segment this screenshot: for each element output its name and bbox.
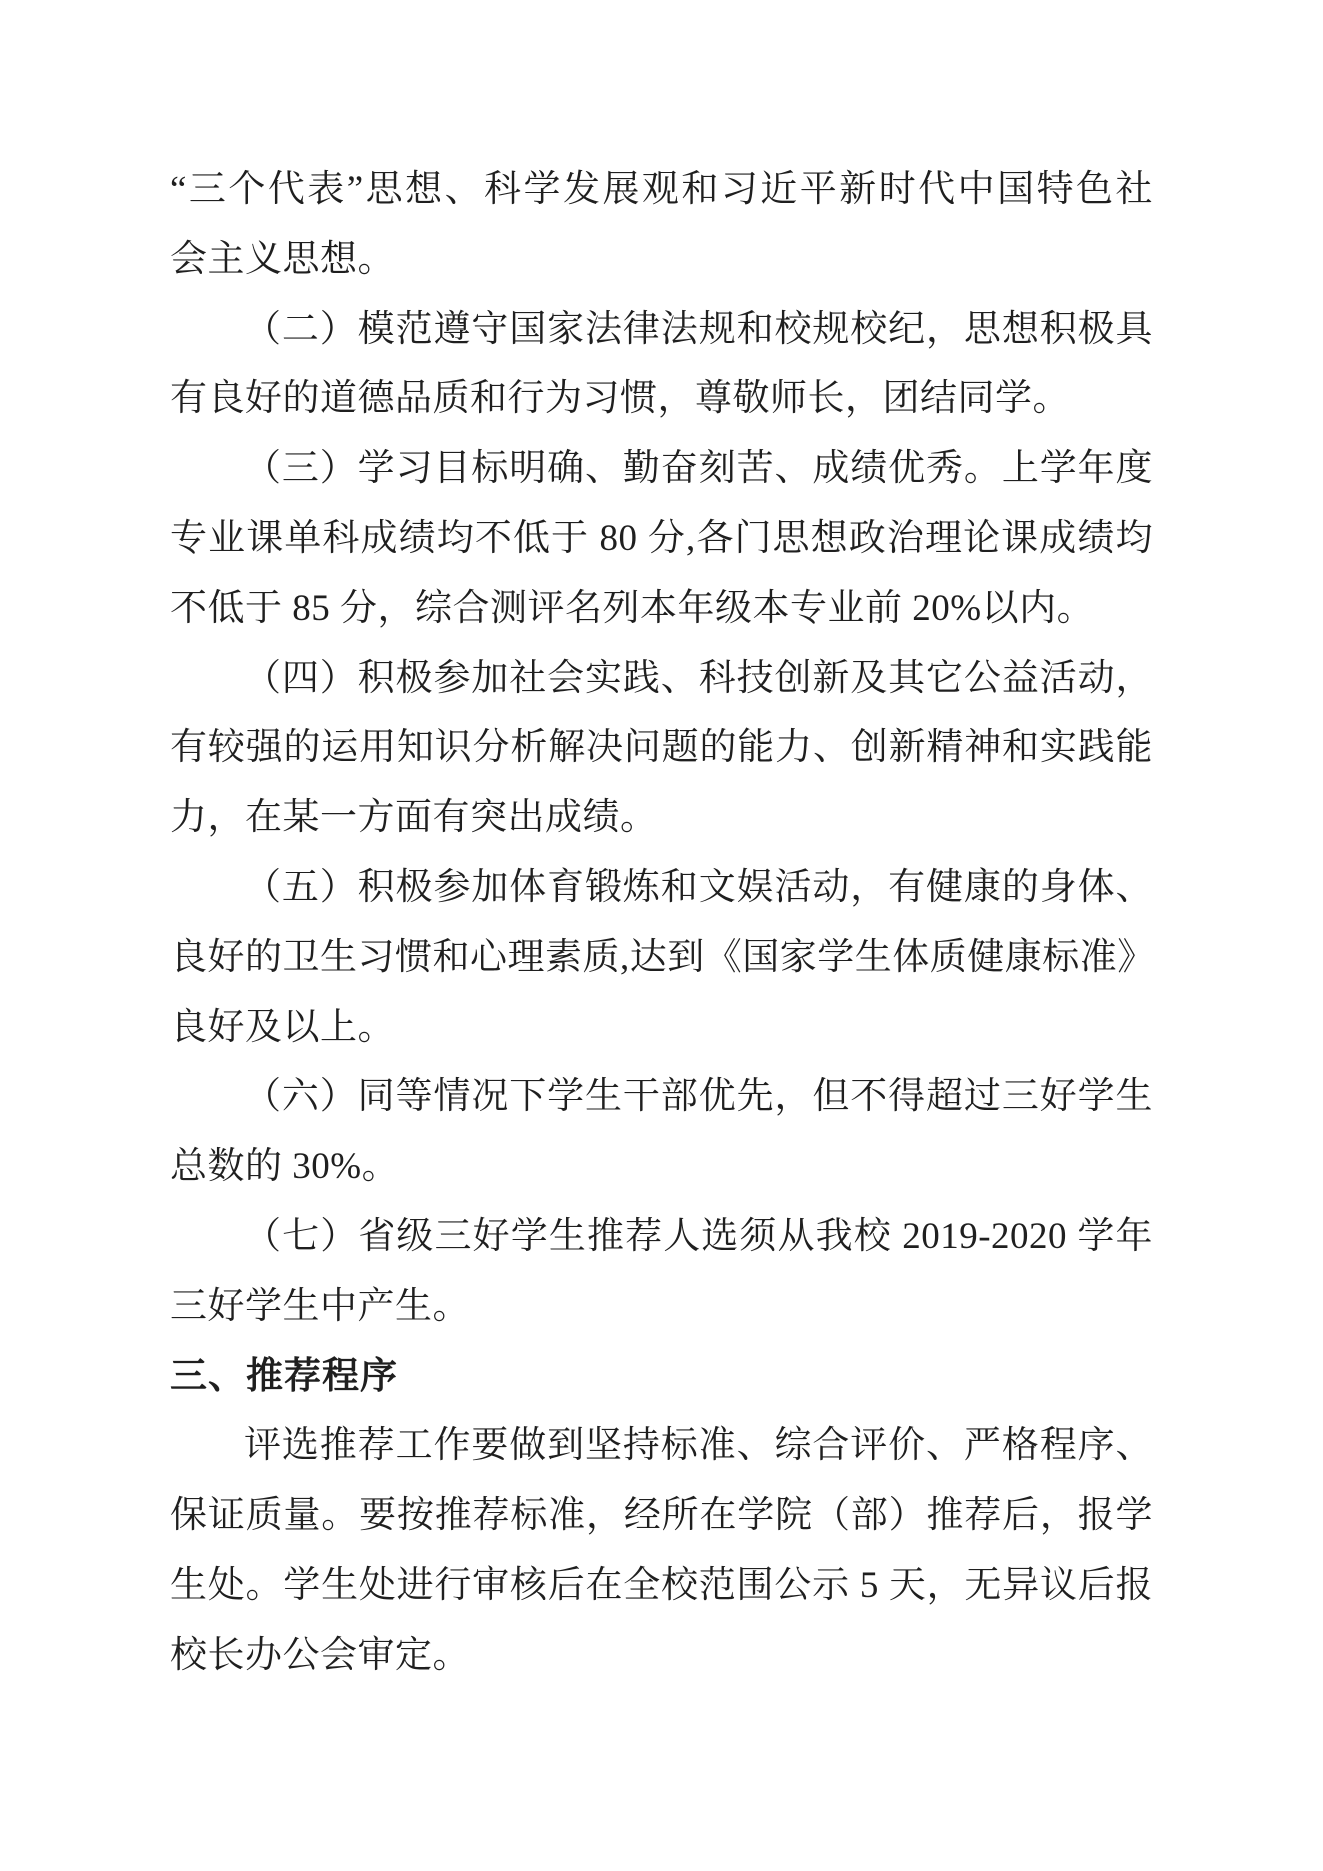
text-line: 保证质量。要按推荐标准，经所在学院（部）推荐后，报学 xyxy=(170,1481,1153,1551)
section-heading: 三、推荐程序 xyxy=(170,1342,1153,1412)
text-line: 校长办公会审定。 xyxy=(170,1621,1153,1691)
document-page: “三个代表”思想、科学发展观和习近平新时代中国特色社会主义思想。（二）模范遵守国… xyxy=(0,0,1323,1871)
text-line: （六）同等情况下学生干部优先，但不得超过三好学生 xyxy=(170,1062,1153,1132)
text-line: （三）学习目标明确、勤奋刻苦、成绩优秀。上学年度 xyxy=(170,434,1153,504)
text-line: 良好及以上。 xyxy=(170,993,1153,1063)
text-line: 评选推荐工作要做到坚持标准、综合评价、严格程序、 xyxy=(170,1411,1153,1481)
text-line: （七）省级三好学生推荐人选须从我校 2019-2020 学年 xyxy=(170,1202,1153,1272)
text-line: （五）积极参加体育锻炼和文娱活动，有健康的身体、 xyxy=(170,853,1153,923)
text-line: （二）模范遵守国家法律法规和校规校纪，思想积极具 xyxy=(170,295,1153,365)
text-line: 有良好的道德品质和行为习惯，尊敬师长，团结同学。 xyxy=(170,364,1153,434)
text-line: 总数的 30%。 xyxy=(170,1132,1153,1202)
text-line: 三好学生中产生。 xyxy=(170,1272,1153,1342)
text-line: 有较强的运用知识分析解决问题的能力、创新精神和实践能 xyxy=(170,713,1153,783)
text-line: 专业课单科成绩均不低于 80 分,各门思想政治理论课成绩均 xyxy=(170,504,1153,574)
text-line: 良好的卫生习惯和心理素质,达到《国家学生体质健康标准》 xyxy=(170,923,1153,993)
text-line: “三个代表”思想、科学发展观和习近平新时代中国特色社 xyxy=(170,155,1153,225)
document-body: “三个代表”思想、科学发展观和习近平新时代中国特色社会主义思想。（二）模范遵守国… xyxy=(170,155,1153,1691)
text-line: 会主义思想。 xyxy=(170,225,1153,295)
text-line: 生处。学生处进行审核后在全校范围公示 5 天，无异议后报 xyxy=(170,1551,1153,1621)
text-line: 力，在某一方面有突出成绩。 xyxy=(170,783,1153,853)
text-line: 不低于 85 分，综合测评名列本年级本专业前 20%以内。 xyxy=(170,574,1153,644)
text-line: （四）积极参加社会实践、科技创新及其它公益活动， xyxy=(170,644,1153,714)
